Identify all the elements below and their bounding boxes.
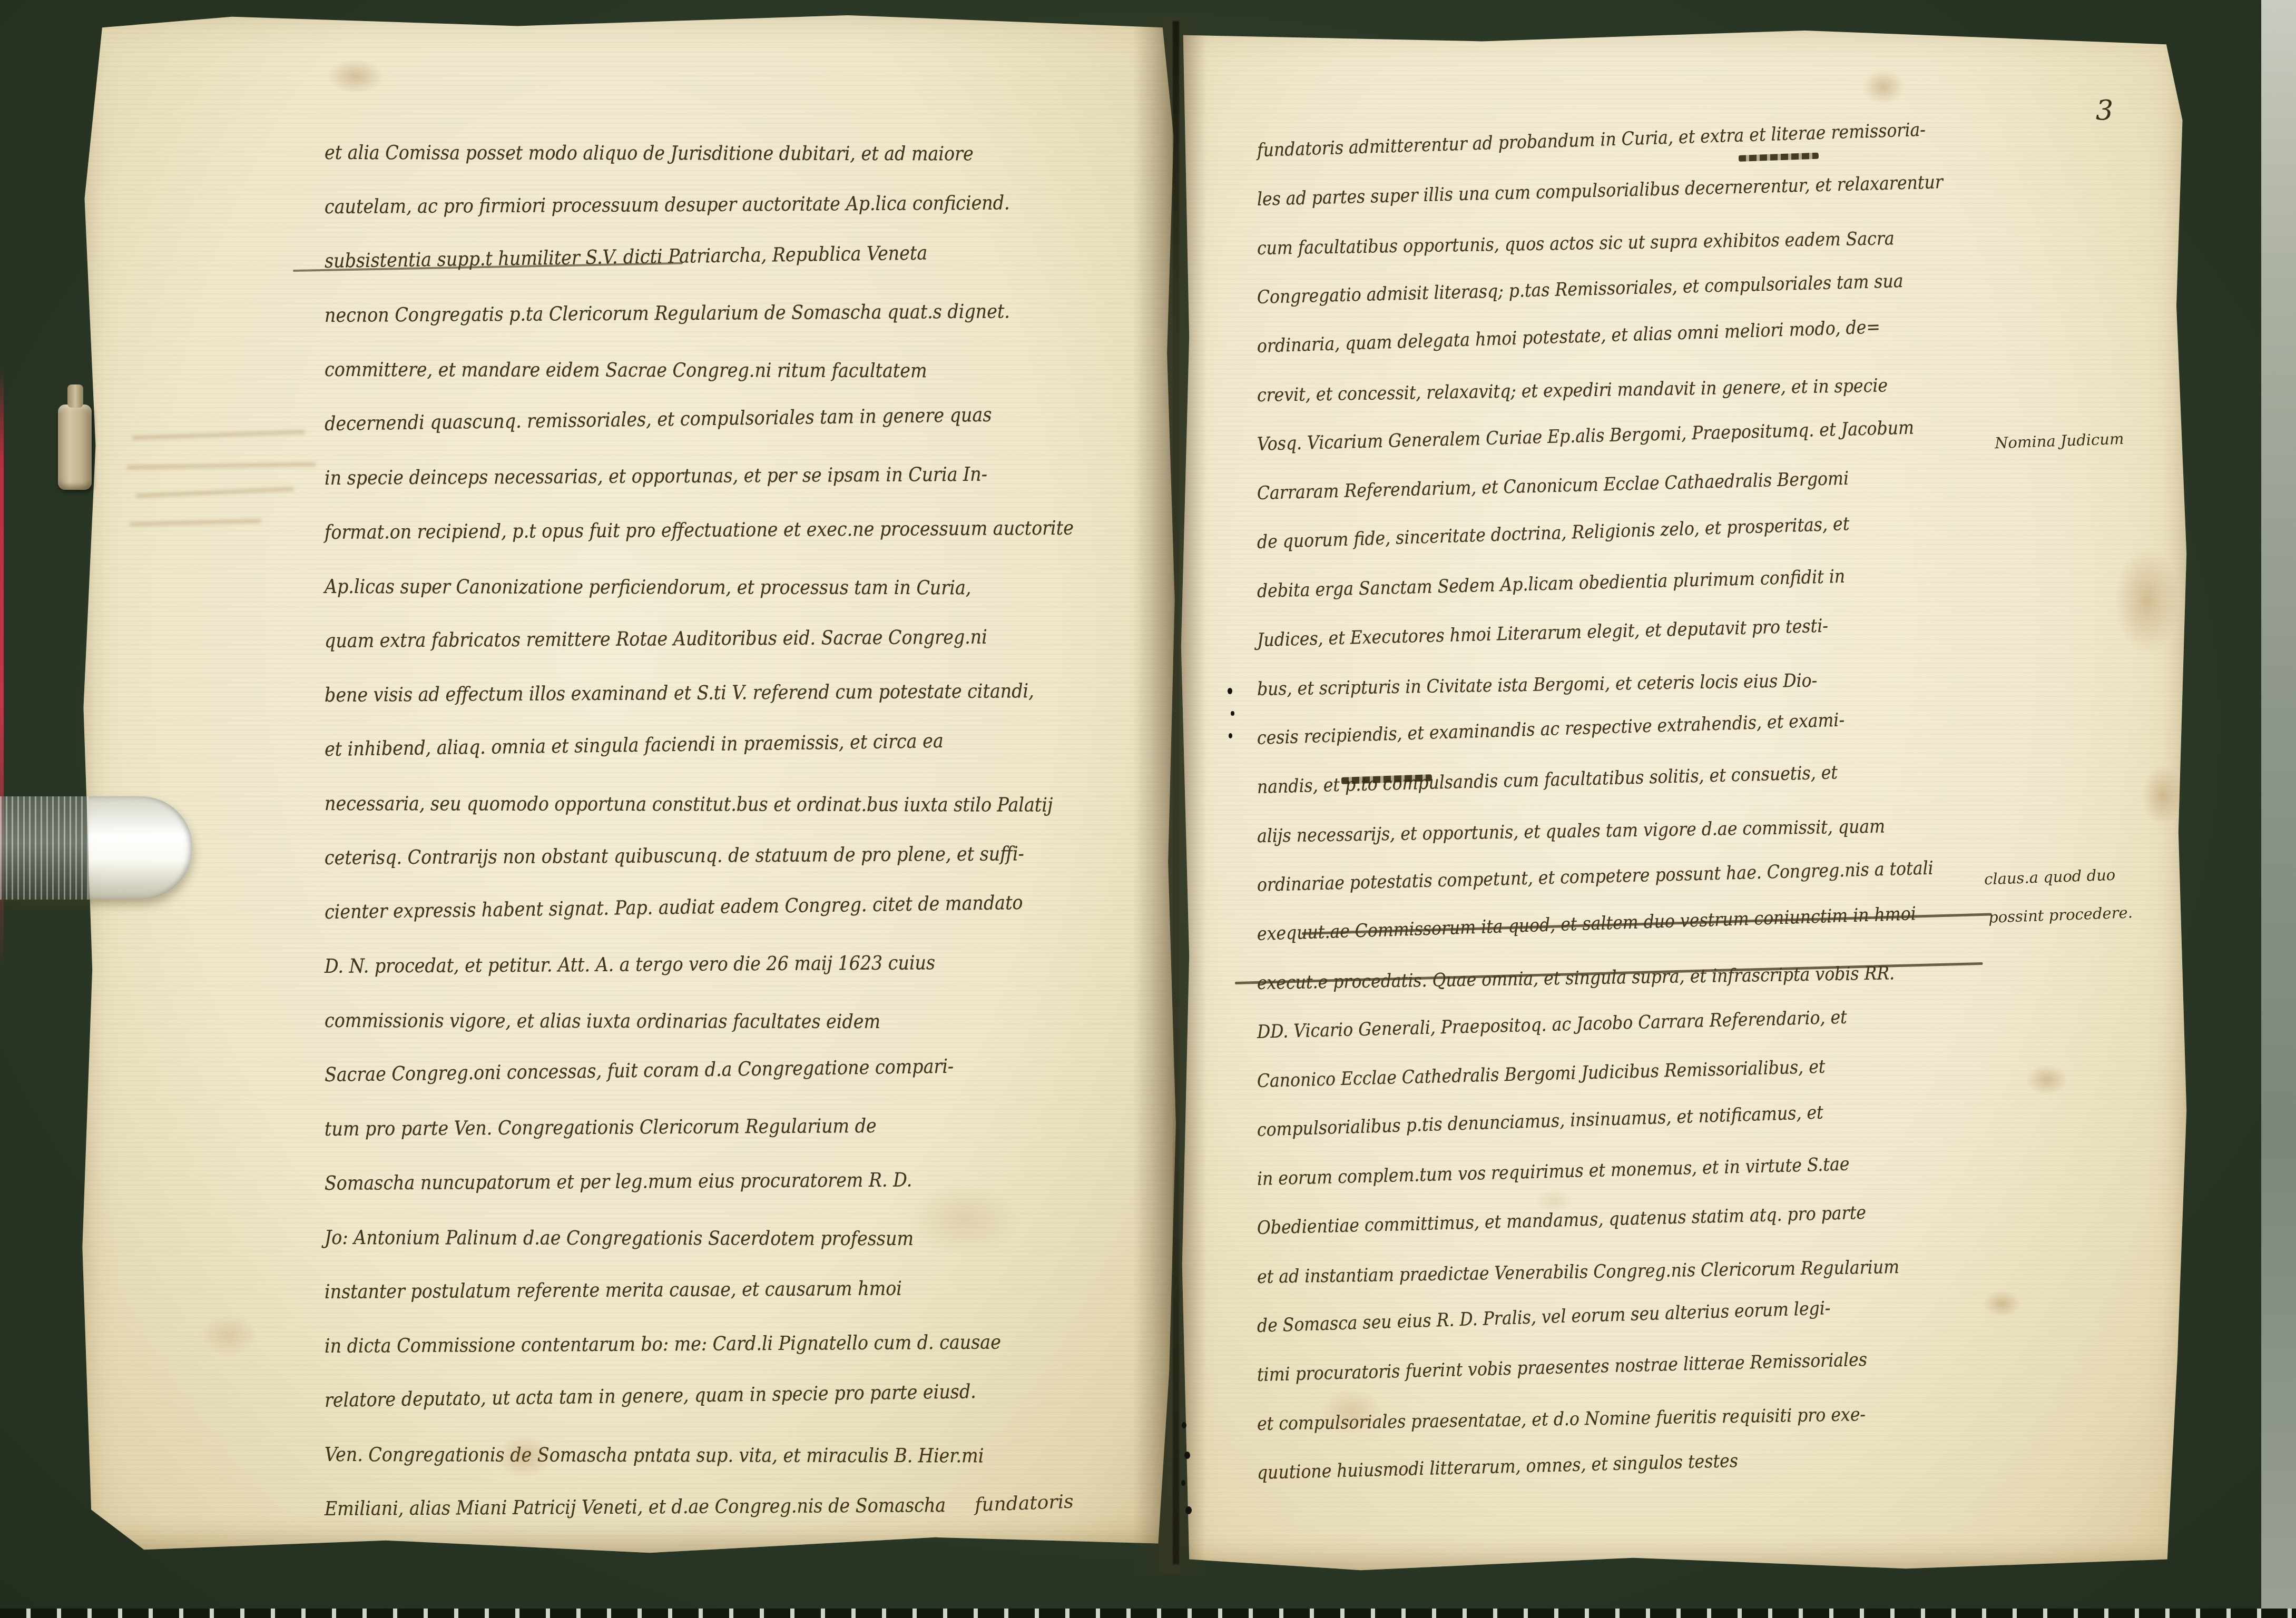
- foxing-stain: [2018, 1059, 2076, 1101]
- manuscript-line: instanter postulatum referente merita ca…: [325, 1260, 1064, 1319]
- glass-rod-page-weight: [0, 796, 193, 900]
- foxing-stain: [485, 1427, 564, 1485]
- glass-rod-ribbed-section: [0, 796, 89, 900]
- catchword: fundatoris: [974, 1491, 1074, 1516]
- manuscript-line: D. N. procedat, et petitur. Att. A. a te…: [325, 935, 1064, 993]
- foxing-stain: [1855, 63, 1912, 111]
- folio-number: 3: [2096, 95, 2113, 126]
- manuscript-line: subsistentia supp.t humiliter S.V. dicti…: [324, 224, 1064, 288]
- photographic-scale-bar: [0, 1609, 2296, 1618]
- manuscript-line: necessaria, seu quomodo opportuna consti…: [325, 776, 1064, 832]
- foxing-stain: [316, 53, 395, 100]
- manuscript-line: Ap.licas super Canonizatione perficiendo…: [325, 559, 1064, 615]
- ink-blot: [1182, 1422, 1186, 1428]
- book-board-edge: [2261, 0, 2296, 1618]
- manuscript-line: Ven. Congregationis de Somascha pntata s…: [325, 1427, 1064, 1483]
- manuscript-line: decernendi quascunq. remissoriales, et c…: [324, 387, 1064, 451]
- glass-rod-rounded-end: [89, 796, 193, 900]
- gutter-shadow: [1133, 16, 1206, 1575]
- margin-note-nomina-judicum: Nomina Judicum: [1994, 430, 2124, 452]
- foxing-stain: [1307, 1380, 1396, 1443]
- gutter-crack: [1173, 21, 1179, 1564]
- ink-blot: [1181, 1480, 1185, 1486]
- foxing-stain: [2134, 753, 2192, 837]
- ink-blot: [1231, 711, 1234, 716]
- rolled-paper-tab: [58, 404, 92, 490]
- manuscript-line: cienter expressis habent signat. Pap. au…: [324, 875, 1064, 939]
- manuscript-line: Emiliani, alias Miani Patricij Veneti, e…: [325, 1477, 1064, 1536]
- foxing-stain: [1976, 1285, 2028, 1322]
- foxing-stain: [2102, 527, 2192, 674]
- right-page-text-block: fundatoris admitterentur ad probandum in…: [1257, 126, 2100, 1498]
- manuscript-line: et alia Comissa posset modo aliquo de Ju…: [325, 125, 1064, 181]
- ink-blot: [1185, 1506, 1192, 1514]
- left-page-text-block: et alia Comissa posset modo aliquo de Ju…: [325, 125, 1146, 1536]
- manuscript-line: necnon Congregatis p.ta Clericorum Regul…: [325, 284, 1064, 342]
- manuscript-line: et inhibend, aliaq. omnia et singula fac…: [324, 712, 1064, 776]
- manuscript-line: relatore deputato, ut acta tam in genere…: [324, 1363, 1064, 1427]
- foxing-stain: [885, 1169, 1043, 1269]
- manuscript-line: quam extra fabricatos remittere Rotae Au…: [325, 609, 1064, 668]
- manuscript-photo: et alia Comissa posset modo aliquo de Ju…: [0, 0, 2296, 1618]
- ink-blot: [1229, 733, 1232, 738]
- manuscript-line: format.on recipiend, p.t opus fuit pro e…: [325, 501, 1064, 559]
- manuscript-line: Sacrae Congreg.oni concessas, fuit coram…: [324, 1038, 1064, 1102]
- manuscript-line: in specie deinceps necessarias, et oppor…: [325, 447, 1064, 505]
- ink-blot: [1228, 688, 1232, 694]
- foxing-stain: [190, 1306, 269, 1364]
- right-manuscript-page: 3 fundatoris admitterentur ad probandum …: [1179, 27, 2189, 1575]
- manuscript-line: tum pro parte Ven. Congregationis Cleric…: [325, 1098, 1064, 1156]
- ink-blot: [1184, 1452, 1190, 1459]
- foxing-stain: [1528, 1185, 1581, 1217]
